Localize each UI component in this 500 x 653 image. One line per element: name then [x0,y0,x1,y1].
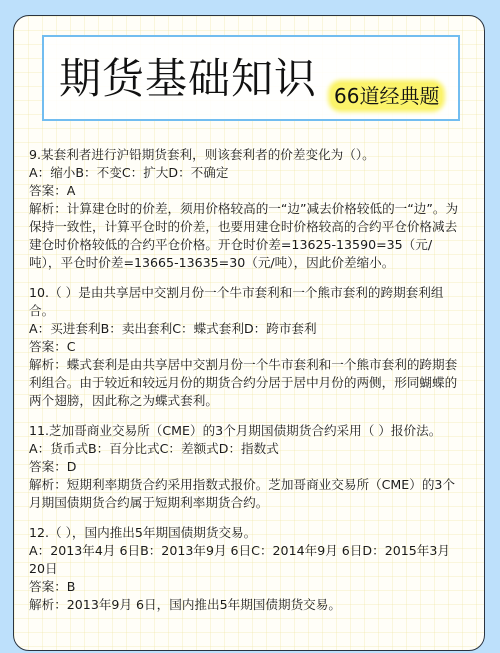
question-options: A：货币式B：百分比式C：差额式D：指数式 [29,440,459,458]
question-text: 9.某套利者进行沪铅期货套利，则该套利者的价差变化为（）。 [29,146,459,164]
question-item: 12.（ ），国内推出5年期国债期货交易。 A：2013年4月 6日B：2013… [29,524,459,614]
questions-list: 9.某套利者进行沪铅期货套利，则该套利者的价差变化为（）。 A：缩小B：不变C：… [29,146,459,626]
question-item: 10.（ ）是由共享居中交割月份一个牛市套利和一个熊市套利的跨期套利组合。 A：… [29,284,459,410]
question-answer: 答案：D [29,458,459,476]
question-text: 11.芝加哥商业交易所（CME）的3个月期国债期货合约采用（ ）报价法。 [29,422,459,440]
question-options: A：2013年4月 6日B：2013年9月 6日C：2014年9月 6日D：20… [29,542,459,578]
question-analysis: 解析：2013年9月 6日，国内推出5年期国债期货交易。 [29,596,459,614]
question-text: 10.（ ）是由共享居中交割月份一个牛市套利和一个熊市套利的跨期套利组合。 [29,284,459,320]
highlight-badge: 66道经典题 [331,83,442,109]
question-options: A：买进套利B：卖出套利C：蝶式套利D：跨市套利 [29,320,459,338]
question-text: 12.（ ），国内推出5年期国债期货交易。 [29,524,459,542]
question-answer: 答案：B [29,578,459,596]
question-options: A：缩小B：不变C：扩大D：不确定 [29,164,459,182]
question-item: 9.某套利者进行沪铅期货套利，则该套利者的价差变化为（）。 A：缩小B：不变C：… [29,146,459,272]
page-title: 期货基础知识 [59,53,317,105]
question-analysis: 解析：蝶式套利是由共享居中交割月份一个牛市套利和一个熊市套利的跨期套利组合。由于… [29,356,459,410]
question-item: 11.芝加哥商业交易所（CME）的3个月期国债期货合约采用（ ）报价法。 A：货… [29,422,459,512]
question-answer: 答案：C [29,338,459,356]
title-box: 期货基础知识 66道经典题 [42,35,460,121]
question-analysis: 解析：短期利率期货合约采用指数式报价。芝加哥商业交易所（CME）的3个月期国债期… [29,476,459,512]
question-answer: 答案：A [29,182,459,200]
question-analysis: 解析：计算建仓时的价差，须用价格较高的一“边”减去价格较低的一“边”。为保持一致… [29,200,459,272]
